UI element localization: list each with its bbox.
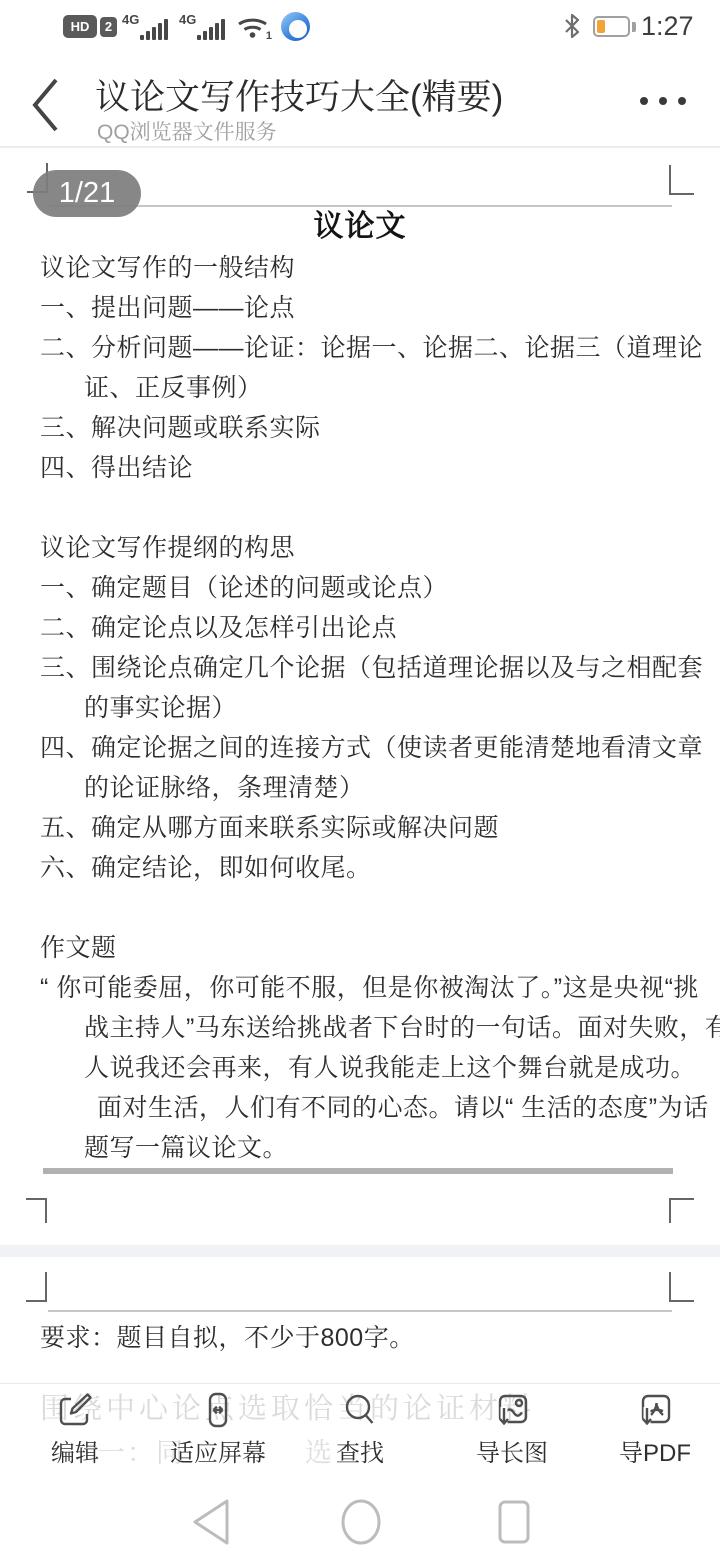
phone-screen: HD 2 4G 4G 1 1:27: [0, 0, 720, 1560]
doc-line: “ 你可能委屈，你可能不服，但是你被淘汰了。”这是央视“挑: [0, 968, 720, 1008]
page-gap-separator: [0, 1245, 720, 1257]
doc-line: 议论文写作提纲的构思: [0, 528, 720, 568]
bluetooth-icon: [562, 12, 582, 45]
export-long-image-button[interactable]: 导长图: [447, 1389, 577, 1469]
more-menu-button[interactable]: [630, 82, 700, 122]
battery-level: [597, 20, 605, 33]
nav-back-button[interactable]: [150, 1470, 270, 1560]
wifi-number-badge: 1: [266, 30, 272, 42]
doc-line: 战主持人”马东送给挑战者下台时的一句话。面对失败，有: [0, 1008, 720, 1048]
battery-cap: [632, 22, 636, 32]
page-subtitle: QQ浏览器文件服务: [97, 116, 277, 146]
hd-sim2-badge: 2: [100, 17, 117, 37]
status-bar: HD 2 4G 4G 1 1:27: [0, 0, 720, 52]
doc-line: [0, 488, 720, 528]
doc-line: 四、得出结论: [0, 448, 720, 488]
doc-line: 四、确定论据之间的连接方式（使读者更能清楚地看清文章: [0, 728, 720, 768]
page1-content: 议论文 议论文写作的一般结构一、提出问题——论点二、分析问题——论证：论据一、论…: [0, 206, 720, 1168]
doc-line: 六、确定结论，即如何收尾。: [0, 848, 720, 888]
page2-content: 要求：题目自拟，不少于800字。: [0, 1318, 720, 1358]
doc-line: 的事实论据）: [0, 688, 720, 728]
page1-top-right-corner-mark: [669, 165, 694, 195]
doc-line: 五、确定从哪方面来联系实际或解决问题: [0, 808, 720, 848]
doc-line: 二、分析问题——论证：论据一、论据二、论据三（道理论: [0, 328, 720, 368]
page1-bottom-left-corner-mark: [26, 1198, 47, 1223]
signal-bars-icon: [197, 18, 229, 40]
wifi-icon: 1: [236, 13, 272, 41]
pdf-icon: [634, 1389, 676, 1431]
doc-line: 人说我还会再来，有人说我能走上这个舞台就是成功。: [0, 1048, 720, 1088]
system-navigation-bar: [0, 1470, 720, 1560]
document-scroll-area[interactable]: 1/21 议论文 议论文写作的一般结构一、提出问题——论点二、分析问题——论证：…: [0, 148, 720, 1383]
page-number-indicator: 1/21: [33, 170, 141, 217]
export-pdf-label: 导PDF: [590, 1433, 720, 1468]
search-icon: [339, 1389, 381, 1431]
doc-line: 三、解决问题或联系实际: [0, 408, 720, 448]
battery-icon: [593, 16, 630, 37]
edit-icon: [54, 1389, 96, 1431]
doc-line: 二、确定论点以及怎样引出论点: [0, 608, 720, 648]
doc-line: 一、提出问题——论点: [0, 288, 720, 328]
edit-label: 编辑: [10, 1433, 140, 1468]
ellipsis-dot: [659, 97, 667, 105]
doc-line: [0, 888, 720, 928]
page2-top-border: [48, 1310, 672, 1312]
page2-top-left-corner-mark: [26, 1272, 47, 1302]
back-button[interactable]: [30, 76, 70, 140]
page1-bottom-edge: [43, 1168, 673, 1174]
nav-recents-button[interactable]: [455, 1470, 575, 1560]
network-type-label: 4G: [122, 12, 139, 27]
fit-screen-icon: [197, 1389, 239, 1431]
signal-strength-icon-sim1: 4G: [122, 12, 174, 40]
browser-app-icon: [281, 12, 310, 41]
fit-screen-button[interactable]: 适应屏幕: [153, 1389, 283, 1469]
find-button[interactable]: 查找: [295, 1389, 425, 1469]
clock-time: 1:27: [641, 11, 694, 42]
doc-line: 的论证脉络，条理清楚）: [0, 768, 720, 808]
doc-line: 要求：题目自拟，不少于800字。: [0, 1318, 720, 1358]
doc-line: 证、正反事例）: [0, 368, 720, 408]
page2-top-right-corner-mark: [669, 1272, 694, 1302]
page1-bottom-right-corner-mark: [669, 1198, 694, 1223]
title-bar: 议论文写作技巧大全(精要) QQ浏览器文件服务: [0, 52, 720, 146]
doc-line: 议论文写作的一般结构: [0, 248, 720, 288]
fit-screen-label: 适应屏幕: [153, 1433, 283, 1468]
export-long-image-label: 导长图: [447, 1433, 577, 1468]
export-pdf-button[interactable]: 导PDF: [590, 1389, 720, 1469]
ellipsis-dot: [640, 97, 648, 105]
doc-line: 三、围绕论点确定几个论据（包括道理论据以及与之相配套: [0, 648, 720, 688]
edit-button[interactable]: 编辑: [10, 1389, 140, 1469]
page-title: 议论文写作技巧大全(精要): [95, 70, 503, 120]
find-label: 查找: [295, 1433, 425, 1468]
signal-strength-icon-sim2: 4G: [179, 12, 231, 40]
nav-home-button[interactable]: [300, 1470, 420, 1560]
long-image-icon: [491, 1389, 533, 1431]
doc-line: 作文题: [0, 928, 720, 968]
bottom-toolbar: 围绕中心论点选取恰当的论证材料 一：同 选 编辑 适应屏幕 查找: [0, 1383, 720, 1470]
ellipsis-dot: [678, 97, 686, 105]
network-type-label: 4G: [179, 12, 196, 27]
signal-bars-icon: [140, 18, 172, 40]
hd-voice-icon: HD: [63, 15, 97, 38]
doc-line: 题写一篇议论文。: [0, 1128, 720, 1168]
doc-line: 面对生活，人们有不同的心态。请以“ 生活的态度”为话: [0, 1088, 720, 1128]
doc-line: 一、确定题目（论述的问题或论点）: [0, 568, 720, 608]
